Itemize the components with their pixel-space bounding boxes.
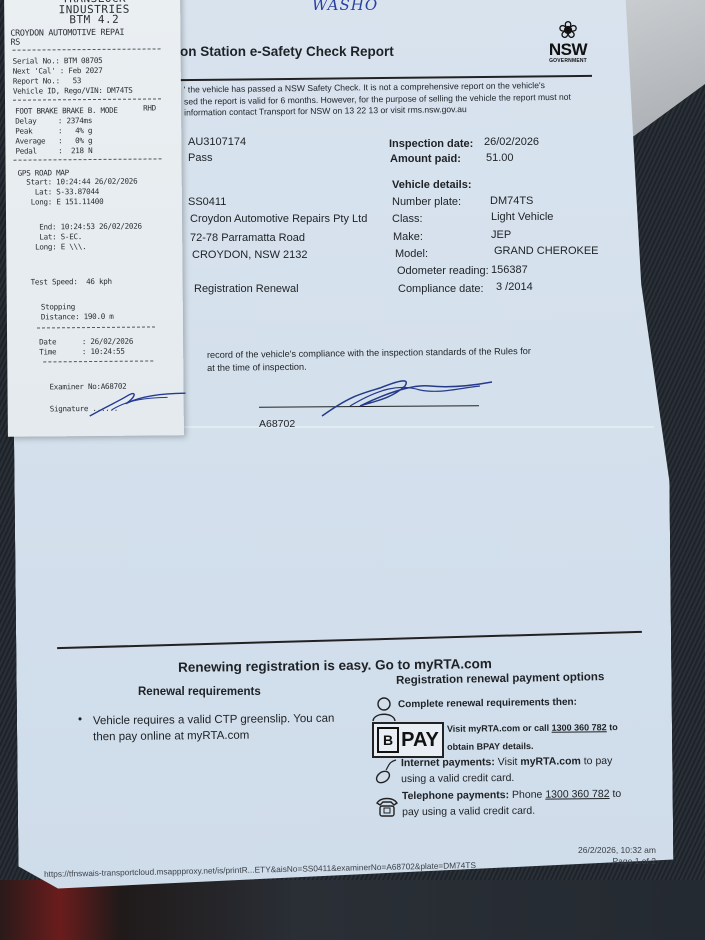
telephone-icon: [375, 795, 399, 819]
telephone-payments-text: Telephone payments: Phone 1300 360 782 t…: [402, 786, 622, 820]
brake-test-receipt: TRANSLOCK INDUSTRIES BTM 4.2 CROYDON AUT…: [4, 0, 184, 437]
examiner-signature: [320, 376, 495, 418]
receipt-brake-mode: FOOT BRAKE BRAKE B. MODE: [15, 106, 118, 116]
computer-mouse-icon: [374, 758, 398, 786]
internet-payments-text: Internet payments: Visit myRTA.com to pa…: [401, 753, 613, 787]
telephone-phone-link[interactable]: 1300 360 782: [545, 788, 609, 801]
receipt-next-cal: Next 'Cal' : Feb 2027: [13, 66, 103, 76]
receipt-divider: [13, 48, 161, 50]
station-address-line1: 72-78 Parramatta Road: [190, 232, 305, 244]
page-number: Page 1 of 2: [578, 856, 656, 867]
station-name: Croydon Automotive Repairs Pty Ltd: [190, 213, 367, 225]
examiner-number: A68702: [259, 418, 295, 430]
intro-text: ' the vehicle has passed a NSW Safety Ch…: [184, 79, 594, 119]
receipt-date: Date : 26/02/2026: [39, 337, 133, 347]
handwritten-note: WASHO: [312, 0, 378, 14]
receipt-test-speed: Test Speed: 46 kph: [31, 277, 112, 287]
receipt-signature: [88, 389, 188, 418]
print-datetime: 26/2/2026, 10:32 am: [578, 845, 656, 856]
station-id: SS0411: [188, 196, 226, 208]
logo-subtitle: GOVERNMENT: [545, 58, 591, 64]
waratah-flower-icon: ❀: [545, 20, 591, 42]
receipt-model: BTM 4.2: [34, 14, 154, 26]
compliance-date-value: 3 /2014: [496, 281, 533, 293]
requirement-text: Vehicle requires a valid CTP greenslip. …: [78, 711, 348, 746]
renewal-requirement-item: • Vehicle requires a valid CTP greenslip…: [78, 712, 348, 744]
odometer-label: Odometer reading:: [397, 265, 489, 277]
compliance-date-label: Compliance date:: [398, 283, 484, 295]
number-plate-label: Number plate:: [392, 196, 461, 208]
receipt-divider: [43, 360, 153, 362]
internet-text-post: to pay: [581, 755, 613, 767]
footer-meta: 26/2/2026, 10:32 am Page 1 of 2: [578, 845, 656, 867]
bpay-text-pre: Visit myRTA.com or call: [447, 723, 552, 734]
receipt-stopping-label: Stopping: [41, 302, 75, 311]
receipt-gps-start-long: Long: E 151.11400: [18, 197, 104, 207]
telephone-label: Telephone payments:: [402, 789, 509, 802]
inspection-date-label: Inspection date:: [389, 138, 473, 150]
bpay-logo: BPAY: [372, 722, 444, 758]
receipt-average: Average : 0% g: [15, 136, 92, 146]
myrta-link[interactable]: myRTA.com: [520, 755, 581, 768]
report-number: AU3107174: [188, 136, 246, 148]
make-label: Make:: [393, 231, 423, 243]
internet-line2: using a valid credit card.: [401, 769, 613, 787]
bpay-b-icon: B: [377, 727, 399, 753]
receipt-gps-start-lat: Lat: S-33.87044: [18, 187, 99, 197]
odometer-value: 156387: [491, 264, 528, 276]
receipt-gps-title: GPS ROAD MAP: [18, 168, 69, 177]
receipt-gps-end-long: Long: E \\\.: [22, 242, 86, 252]
station-address-line2: CROYDON, NSW 2132: [192, 249, 308, 261]
background-car-seat: [0, 880, 705, 940]
telephone-text-post: to: [609, 788, 621, 800]
amount-paid-value: 51.00: [486, 152, 514, 164]
receipt-serial: Serial No.: BTM 08705: [13, 56, 103, 66]
bpay-text: PAY: [401, 729, 439, 752]
vehicle-details-label: Vehicle details:: [392, 179, 471, 191]
bpay-phone-link[interactable]: 1300 360 782: [552, 722, 607, 733]
receipt-divider: [13, 98, 161, 100]
inspection-date-value: 26/02/2026: [484, 136, 539, 148]
internet-label: Internet payments:: [401, 756, 495, 769]
receipt-time: Time : 10:24:55: [39, 347, 125, 357]
amount-paid-label: Amount paid:: [390, 153, 461, 165]
receipt-report-no: Report No.: 53: [13, 76, 81, 86]
receipt-stopping-distance: Distance: 190.0 m: [41, 312, 114, 322]
bpay-instructions: Visit myRTA.com or call 1300 360 782 to …: [447, 718, 618, 756]
person-icon: [371, 696, 397, 722]
receipt-delay: Delay : 2374ms: [15, 116, 92, 126]
model-label: Model:: [395, 248, 428, 260]
logo-text: NSW: [545, 42, 591, 58]
class-label: Class:: [392, 213, 423, 225]
declaration-text: record of the vehicle's compliance with …: [207, 345, 531, 375]
inspection-purpose: Registration Renewal: [194, 283, 299, 295]
receipt-workshop: CROYDON AUTOMOTIVE REPAI: [10, 27, 124, 38]
class-value: Light Vehicle: [491, 211, 553, 223]
receipt-divider: [14, 158, 162, 160]
telephone-text-pre: Phone: [509, 789, 545, 801]
model-value: GRAND CHEROKEE: [494, 245, 599, 257]
number-plate-value: DM74TS: [490, 195, 533, 207]
receipt-workshop: RS: [10, 37, 20, 47]
nsw-government-logo: ❀ NSW GOVERNMENT: [545, 20, 591, 64]
receipt-vehicle-id: Vehicle ID, Rego/VIN: DM74TS: [13, 86, 133, 96]
renewal-requirements-heading: Renewal requirements: [138, 686, 261, 698]
telephone-line2: pay using a valid credit card.: [402, 802, 621, 820]
receipt-pedal: Pedal : 218 N: [15, 146, 92, 156]
receipt-header: TRANSLOCK INDUSTRIES BTM 4.2: [34, 0, 154, 26]
bpay-text-post: to: [607, 722, 618, 732]
make-value: JEP: [491, 229, 511, 241]
receipt-gps-end-lat: Lat: S-EC.: [22, 232, 82, 242]
receipt-drive-side: RHD: [143, 103, 156, 112]
receipt-divider: [37, 326, 155, 328]
report-title: on Station e-Safety Check Report: [180, 44, 394, 59]
receipt-peak: Peak : 4% g: [15, 126, 92, 136]
internet-text-pre: Visit: [495, 756, 521, 768]
receipt-gps-end: End: 10:24:53 26/02/2026: [22, 222, 142, 232]
receipt-gps-start: Start: 10:24:44 26/02/2026: [18, 177, 138, 187]
inspection-result: Pass: [188, 152, 212, 164]
